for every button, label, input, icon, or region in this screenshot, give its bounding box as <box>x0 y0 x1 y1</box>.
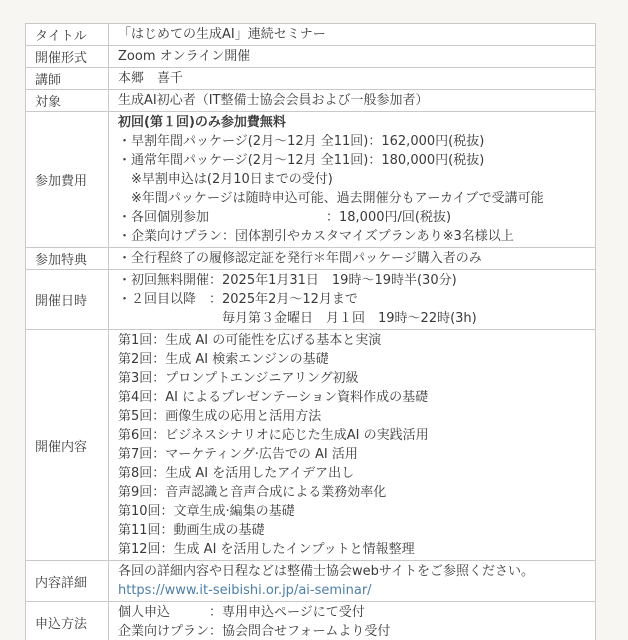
row-content: 各回の詳細内容や日程などは整備士協会webサイトをご参照ください。 https:… <box>109 561 596 602</box>
session-line: 第3回：プロンプトエンジニアリング初級 <box>118 369 589 388</box>
text-line: Zoom オンライン開催 <box>118 47 589 66</box>
row-content: 第1回：生成 AI の可能性を広げる基本と実演 第2回：生成 AI 検索エンジン… <box>109 330 596 561</box>
row-label: 内容詳細 <box>26 561 109 602</box>
row-label: 開催内容 <box>26 330 109 561</box>
row-label: 参加特典 <box>26 248 109 270</box>
row-label: 開催形式 <box>26 46 109 68</box>
table-row-lecturer: 講師 本郷 喜千 <box>26 68 596 90</box>
text-line: 企業向けプラン：協会問合せフォームより受付 <box>118 622 589 640</box>
row-content: 「はじめての生成AI」連続セミナー <box>109 24 596 46</box>
text-line: 生成AI初心者（IT整備士協会会員および一般参加者） <box>118 91 589 110</box>
text-line: ・各回個別参加 ：18,000円/回(税抜) <box>118 208 589 227</box>
row-label: 講師 <box>26 68 109 90</box>
row-label: 参加費用 <box>26 112 109 248</box>
table-row-apply: 申込方法 個人申込 ：専用申込ページにて受付 企業向けプラン：協会問合せフォーム… <box>26 602 596 640</box>
session-line: 第6回：ビジネスシナリオに応じた生成AI の実践活用 <box>118 426 589 445</box>
seminar-website-link[interactable]: https://www.it-seibishi.or.jp/ai-seminar… <box>118 583 372 598</box>
row-label: 開催日時 <box>26 270 109 330</box>
session-line: 第4回：AI によるプレゼンテーション資料作成の基礎 <box>118 388 589 407</box>
text-line: 「はじめての生成AI」連続セミナー <box>118 25 589 44</box>
table-row-fee: 参加費用 初回(第１回)のみ参加費無料 ・早割年間パッケージ(2月～12月 全1… <box>26 112 596 248</box>
session-line: 第12回：生成 AI を活用したインプットと情報整理 <box>118 540 589 559</box>
text-line: ・２回目以降 ：2025年2月～12月まで <box>118 290 589 309</box>
session-line: 第2回：生成 AI 検索エンジンの基礎 <box>118 350 589 369</box>
table-row-format: 開催形式 Zoom オンライン開催 <box>26 46 596 68</box>
table-row-details: 内容詳細 各回の詳細内容や日程などは整備士協会webサイトをご参照ください。 h… <box>26 561 596 602</box>
row-content: ・全行程終了の履修認定証を発行＊年間パッケージ購入者のみ <box>109 248 596 270</box>
table-row-contents: 開催内容 第1回：生成 AI の可能性を広げる基本と実演 第2回：生成 AI 検… <box>26 330 596 561</box>
text-line: ・全行程終了の履修認定証を発行＊年間パッケージ購入者のみ <box>118 249 589 268</box>
row-label: タイトル <box>26 24 109 46</box>
table-row-benefit: 参加特典 ・全行程終了の履修認定証を発行＊年間パッケージ購入者のみ <box>26 248 596 270</box>
text-line: 本郷 喜千 <box>118 69 589 88</box>
row-label: 対象 <box>26 90 109 112</box>
row-label: 申込方法 <box>26 602 109 640</box>
session-line: 第5回：画像生成の応用と活用方法 <box>118 407 589 426</box>
table-row-datetime: 開催日時 ・初回無料開催：2025年1月31日 19時～19時半(30分) ・２… <box>26 270 596 330</box>
row-content: ・初回無料開催：2025年1月31日 19時～19時半(30分) ・２回目以降 … <box>109 270 596 330</box>
seminar-info-page: タイトル 「はじめての生成AI」連続セミナー 開催形式 Zoom オンライン開催… <box>0 0 628 640</box>
row-content: 生成AI初心者（IT整備士協会会員および一般参加者） <box>109 90 596 112</box>
row-content: Zoom オンライン開催 <box>109 46 596 68</box>
text-line: 個人申込 ：専用申込ページにて受付 <box>118 603 589 622</box>
table-row-title: タイトル 「はじめての生成AI」連続セミナー <box>26 24 596 46</box>
session-line: 第8回：生成 AI を活用したアイデア出し <box>118 464 589 483</box>
text-line: 各回の詳細内容や日程などは整備士協会webサイトをご参照ください。 <box>118 562 589 581</box>
session-line: 第7回：マーケティング·広告での AI 活用 <box>118 445 589 464</box>
fee-free-first-line: 初回(第１回)のみ参加費無料 <box>118 113 589 132</box>
text-line: ・企業向けプラン：団体割引やカスタマイズプランあり※3名様以上 <box>118 227 589 246</box>
session-line: 第10回：文章生成·編集の基礎 <box>118 502 589 521</box>
row-content: 個人申込 ：専用申込ページにて受付 企業向けプラン：協会問合せフォームより受付 <box>109 602 596 640</box>
session-line: 第11回：動画生成の基礎 <box>118 521 589 540</box>
text-line: ※早割申込は(2月10日までの受付) <box>118 170 589 189</box>
text-line: ・初回無料開催：2025年1月31日 19時～19時半(30分) <box>118 271 589 290</box>
session-line: 第9回：音声認識と音声合成による業務効率化 <box>118 483 589 502</box>
session-line: 第1回：生成 AI の可能性を広げる基本と実演 <box>118 331 589 350</box>
text-line: 毎月第３金曜日 月１回 19時～22時(3h) <box>118 309 589 328</box>
text-line: ※年間パッケージは随時申込可能、過去開催分もアーカイブで受講可能 <box>118 189 589 208</box>
seminar-info-table: タイトル 「はじめての生成AI」連続セミナー 開催形式 Zoom オンライン開催… <box>25 23 596 640</box>
row-content: 初回(第１回)のみ参加費無料 ・早割年間パッケージ(2月～12月 全11回)：1… <box>109 112 596 248</box>
text-line: ・早割年間パッケージ(2月～12月 全11回)：162,000円(税抜) <box>118 132 589 151</box>
row-content: 本郷 喜千 <box>109 68 596 90</box>
table-row-audience: 対象 生成AI初心者（IT整備士協会会員および一般参加者） <box>26 90 596 112</box>
text-line: ・通常年間パッケージ(2月～12月 全11回)：180,000円(税抜) <box>118 151 589 170</box>
